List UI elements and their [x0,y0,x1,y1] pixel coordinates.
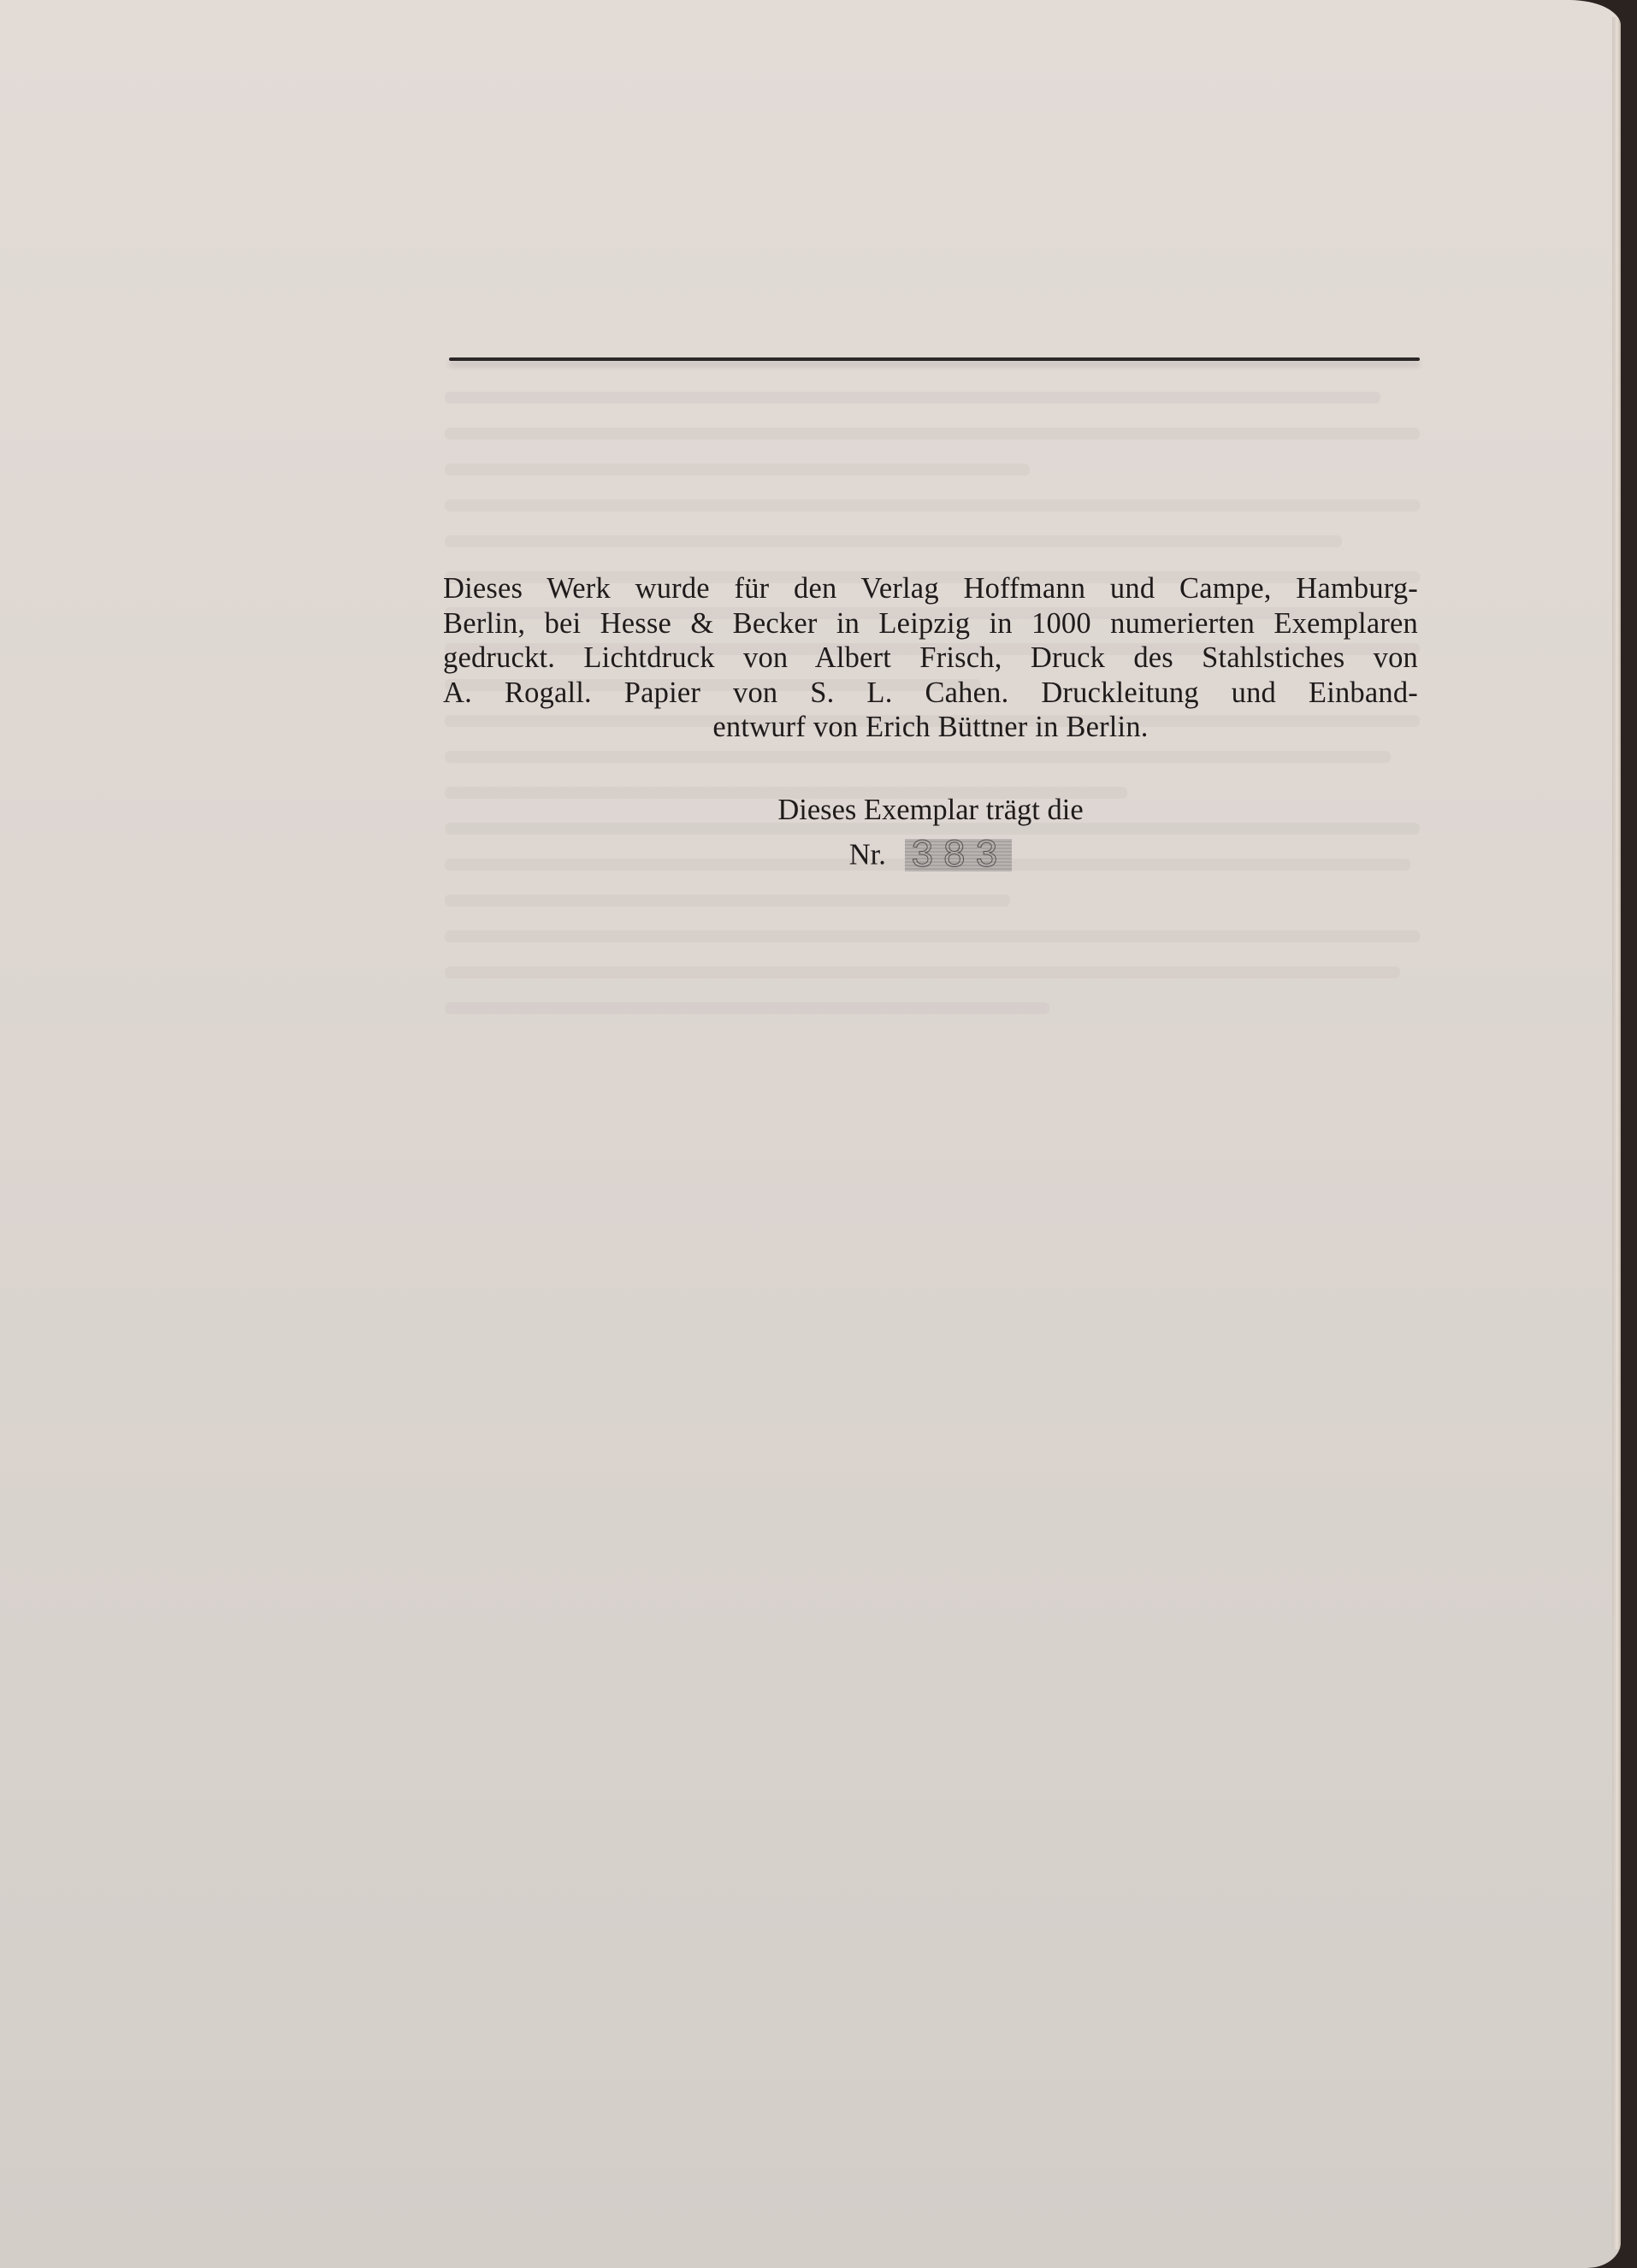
colophon-line: entwurf von Erich Büttner in Berlin. [443,710,1418,745]
colophon-line: Dieses Werk wurde für den Verlag Hoffman… [443,571,1418,606]
book-page: Dieses Werk wurde für den Verlag Hoffman… [0,0,1621,2268]
page-edge [1612,17,1621,2249]
horizontal-rule [449,357,1420,361]
number-label: Nr. [849,839,886,871]
copy-number-stamp: 383 [905,839,1012,871]
show-through-texture [445,368,1420,1565]
copy-statement: Dieses Exemplar trägt die [443,794,1418,827]
colophon-line: A. Rogall. Papier von S. L. Cahen. Druck… [443,676,1418,711]
colophon-line: Berlin, bei Hesse & Becker in Leipzig in… [443,606,1418,641]
colophon-paragraph: Dieses Werk wurde für den Verlag Hoffman… [443,571,1418,745]
copy-number-row: Nr. 383 [443,836,1418,872]
colophon-line: gedruckt. Lichtdruck von Albert Frisch, … [443,641,1418,676]
